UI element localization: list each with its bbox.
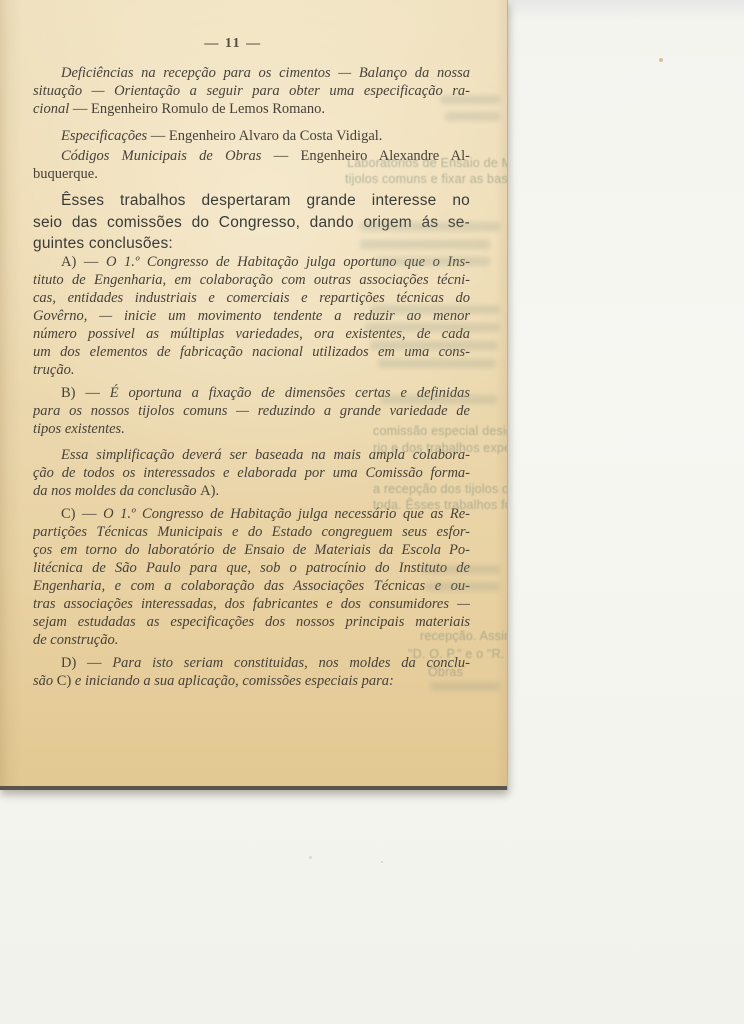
- paragraph-conclusao-d: D) — Para isto seriam constituidas, nos …: [33, 654, 470, 690]
- bleedthrough-text: recepção. Assim, em São Paulo, surgem o: [420, 629, 507, 643]
- roman-text: guintes conclusões:: [33, 235, 173, 252]
- italic-text: trução.: [33, 362, 74, 378]
- bleedthrough-smudge: [430, 682, 500, 691]
- text-line: sejam estudadas as especificações dos no…: [33, 613, 470, 631]
- text-line: são C) e iniciando a sua aplicação, comi…: [33, 672, 470, 690]
- text-line: Engenharia, e com a colaboração das Asso…: [33, 577, 470, 595]
- text-line: tituto de Engenharia, em colaboração com…: [33, 271, 470, 289]
- italic-text: e iniciando a sua aplicação, comissões e…: [71, 673, 394, 689]
- italic-text: cas, entidades industriais e comerciais …: [33, 290, 470, 306]
- text-line: Êsses trabalhos despertaram grande inter…: [33, 190, 470, 212]
- roman-text: Êsses trabalhos despertaram grande inter…: [61, 192, 470, 209]
- italic-text: situação — Orientação a seguir para obte…: [33, 83, 470, 99]
- bleedthrough-smudge: [420, 565, 500, 574]
- bleedthrough-text: comissão especial designado pelo Institu…: [373, 424, 507, 438]
- italic-text: sejam estudadas as especificações dos no…: [33, 614, 470, 630]
- roman-text: A).: [200, 483, 219, 499]
- italic-text: litécnica de São Paulo para que, sob o p…: [33, 560, 470, 576]
- text-line: D) — Para isto seriam constituidas, nos …: [33, 654, 470, 672]
- bleedthrough-smudge: [375, 257, 490, 266]
- italic-text: tipos existentes.: [33, 421, 125, 437]
- roman-text: A) —: [61, 254, 106, 270]
- text-line: ção de todos os interessados e elaborada…: [33, 464, 470, 482]
- italic-text: tituto de Engenharia, em colaboração com…: [33, 272, 470, 288]
- dust-speck: [309, 856, 312, 859]
- roman-text: — Engenheiro Alvaro da Costa Vidigal.: [147, 128, 382, 144]
- text-line: litécnica de São Paulo para que, sob o p…: [33, 559, 470, 577]
- bleedthrough-text: Laboratórios de Ensaio de Materiais: [347, 156, 507, 170]
- italic-text: são: [33, 673, 57, 689]
- italic-text: Especificações: [61, 128, 147, 144]
- text-line: Deficiências na recepção para os cimento…: [33, 64, 470, 82]
- text-line: cional — Engenheiro Romulo de Lemos Roma…: [33, 100, 470, 118]
- scanner-background: — 11 — Deficiências na recepção para os …: [0, 0, 744, 1024]
- roman-text: B) —: [61, 385, 110, 401]
- italic-text: partições Técnicas Municipais e do Estad…: [33, 524, 470, 540]
- roman-text: D) —: [61, 655, 112, 671]
- paragraph-entry-especificacoes: Especificações — Engenheiro Alvaro da Co…: [33, 127, 470, 145]
- bleedthrough-text: tijolos comuns e fixar as bases de uma e…: [345, 172, 507, 186]
- bleedthrough-text: Obras: [428, 665, 463, 679]
- bleedthrough-smudge: [365, 323, 500, 332]
- bleedthrough-text: a recepção dos tijolos comuns: [373, 482, 507, 496]
- dust-speck: [659, 58, 663, 62]
- text-line: de construção.: [33, 631, 470, 649]
- roman-text: C): [57, 673, 72, 689]
- italic-text: para os nossos tijolos comuns — reduzind…: [33, 403, 470, 419]
- roman-text: — Engenheiro Romulo de Lemos Romano.: [69, 101, 325, 117]
- roman-text: buquerque.: [33, 166, 98, 182]
- text-line: Especificações — Engenheiro Alvaro da Co…: [33, 127, 470, 145]
- bleedthrough-text: "D. O. P." e o "R. A. E.", respectivamen…: [408, 647, 507, 661]
- italic-text: tras associações interessadas, dos fabri…: [33, 596, 470, 612]
- italic-text: Deficiências na recepção para os cimento…: [61, 65, 470, 81]
- paragraph-conclusao-c: C) — O 1.º Congresso de Habitação julga …: [33, 505, 470, 649]
- bleedthrough-text: rio e dos trabalhos experimentais efetua…: [373, 441, 507, 455]
- italic-text: Códigos Municipais de Obras: [61, 148, 261, 164]
- text-line: partições Técnicas Municipais e do Estad…: [33, 523, 470, 541]
- paragraph-entry-deficiencias-cimentos: Deficiências na recepção para os cimento…: [33, 64, 470, 118]
- italic-text: Engenharia, e com a colaboração das Asso…: [33, 578, 470, 594]
- text-line: situação — Orientação a seguir para obte…: [33, 82, 470, 100]
- bleedthrough-smudge: [378, 359, 496, 368]
- scanned-document-screenshot: { "document": { "page_number": "— 11 —",…: [0, 0, 744, 1024]
- italic-text: cional: [33, 101, 69, 117]
- bleedthrough-smudge: [360, 240, 490, 249]
- bleedthrough-smudge: [380, 395, 498, 404]
- bleedthrough-smudge: [440, 95, 500, 104]
- text-line: para os nossos tijolos comuns — reduzind…: [33, 402, 470, 420]
- italic-text: ços em torno do laboratório de Ensaio de…: [33, 542, 470, 558]
- italic-text: da nos moldes da conclusão: [33, 483, 200, 499]
- bleedthrough-smudge: [360, 222, 500, 231]
- text-line: ços em torno do laboratório de Ensaio de…: [33, 541, 470, 559]
- bleedthrough-text: toda. Êsses trabalhos foram organizados …: [373, 498, 507, 512]
- dust-speck: [381, 861, 383, 863]
- italic-text: de construção.: [33, 632, 118, 648]
- page-number: — 11 —: [33, 36, 433, 52]
- italic-text: ção de todos os interessados e elaborada…: [33, 465, 470, 481]
- document-page: — 11 — Deficiências na recepção para os …: [0, 0, 507, 790]
- bleedthrough-smudge: [370, 341, 498, 350]
- bleedthrough-smudge: [425, 582, 500, 591]
- text-line: tras associações interessadas, dos fabri…: [33, 595, 470, 613]
- bleedthrough-smudge: [370, 305, 500, 314]
- bleedthrough-smudge: [445, 112, 500, 121]
- roman-text: C) —: [61, 506, 103, 522]
